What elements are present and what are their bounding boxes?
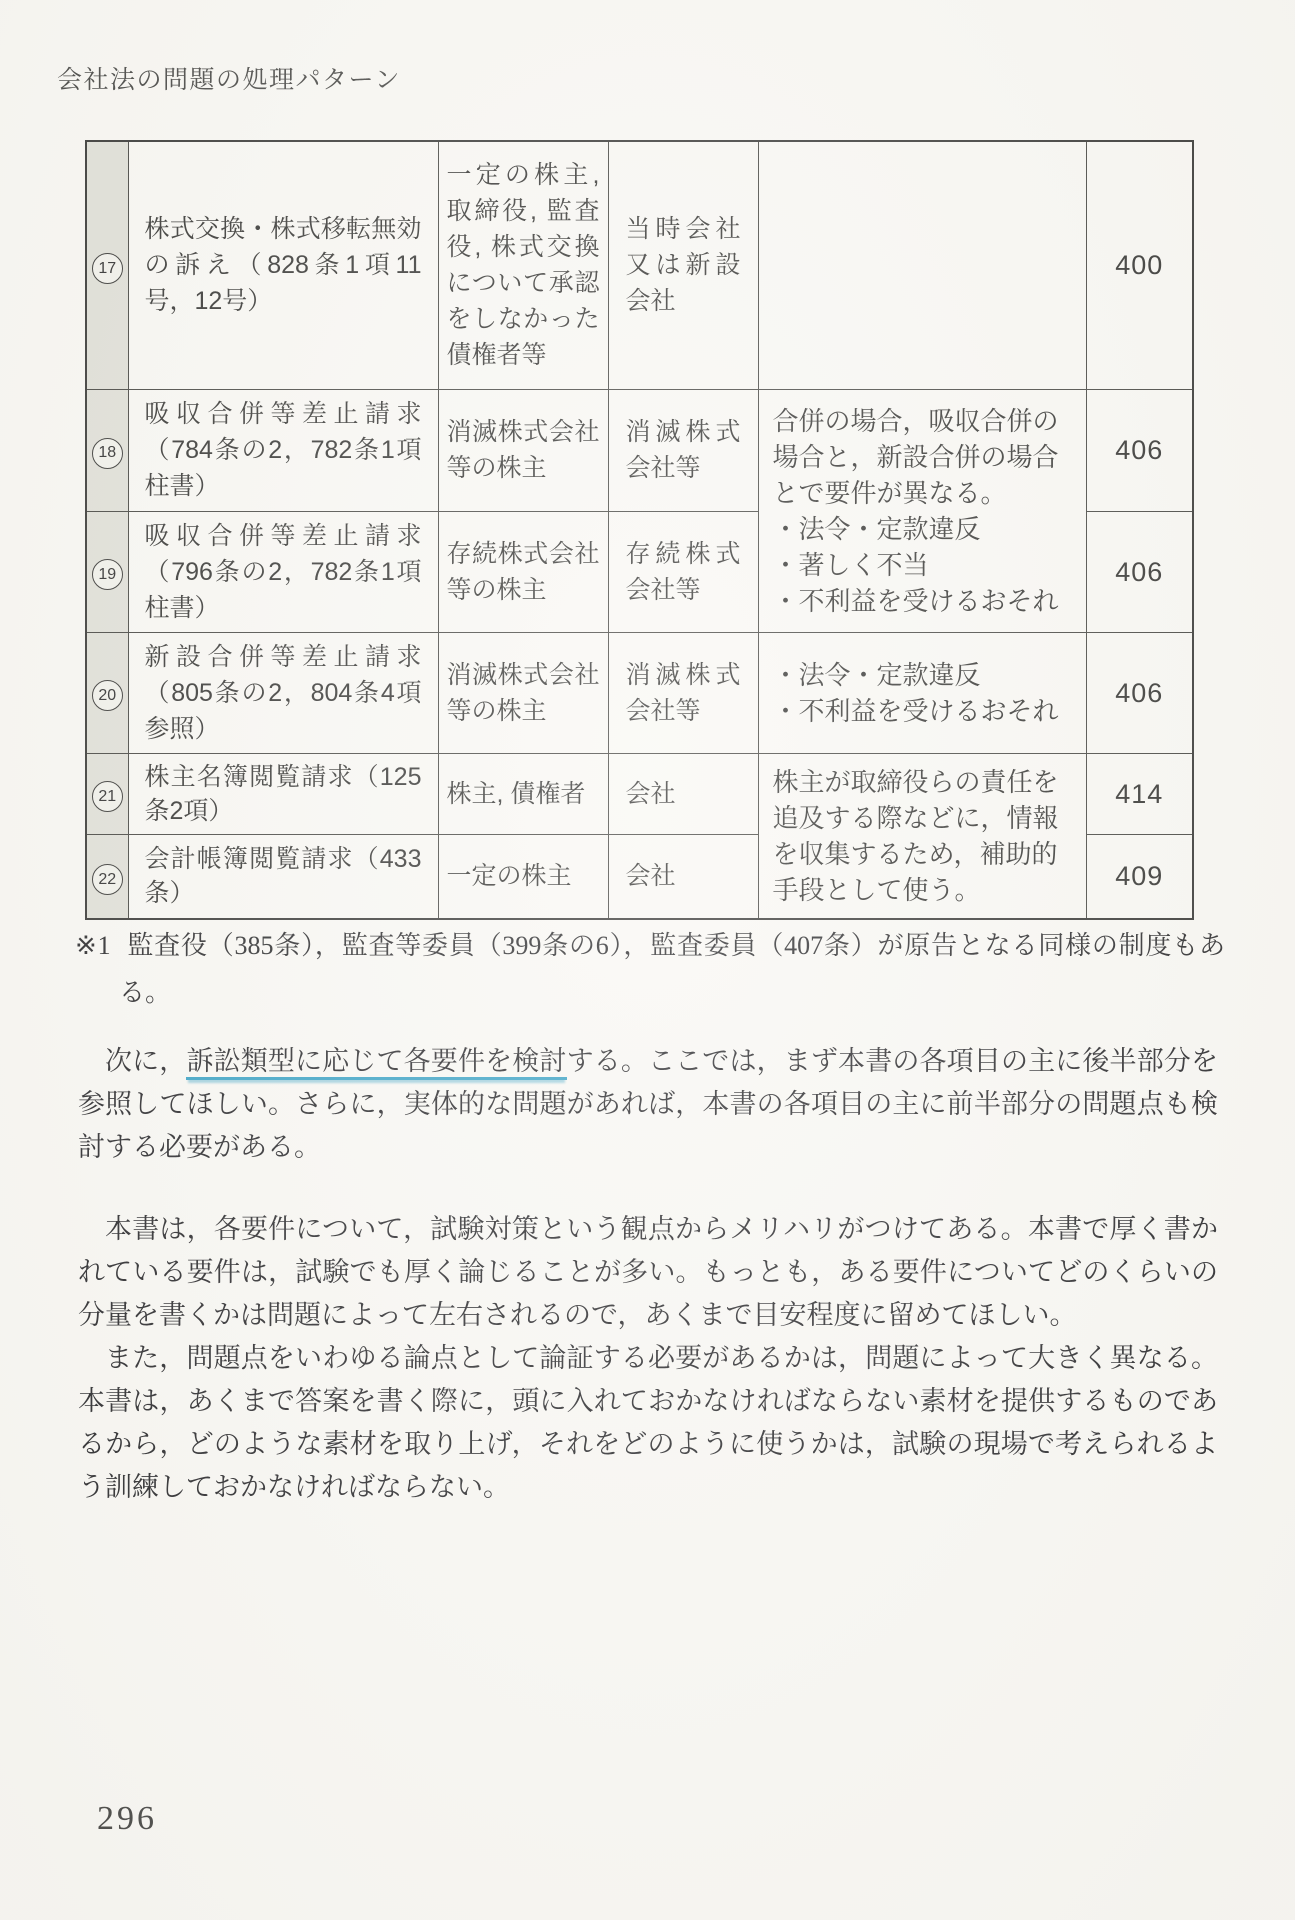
row-number-cell: 18	[86, 389, 128, 511]
footnote-marker: ※1	[75, 931, 111, 960]
table-row-21: 21 株主名簿閲覧請求（125条2項） 株主, 債権者 会社 株主が取締役らの責…	[86, 753, 1193, 834]
plaintiff-cell: 消滅株式会社等の株主	[438, 632, 608, 753]
page-ref-cell: 406	[1086, 389, 1193, 511]
plaintiff-cell: 一定の株主	[438, 834, 608, 919]
notes-cell	[758, 141, 1086, 389]
defendant-cell: 存続株式会社等	[608, 511, 758, 632]
defendant-cell: 会社	[608, 753, 758, 834]
row-number-cell: 21	[86, 753, 128, 834]
row-number-cell: 17	[86, 141, 128, 389]
body-text: 次に，訴訟類型に応じて各要件を検討する。ここでは，まず本書の各項目の主に後半部分…	[78, 1040, 1218, 1509]
circled-number: 18	[92, 438, 123, 469]
circled-number: 20	[92, 680, 123, 711]
hand-underlined-phrase: 訴訟類型に応じて各要件を検討	[186, 1046, 566, 1080]
table-row-17: 17 株式交換・株式移転無効の訴え（828条1項11号，12号） 一定の株主, …	[86, 141, 1193, 389]
table-row-20: 20 新設合併等差止請求（805条の2，804条4項参照） 消滅株式会社等の株主…	[86, 632, 1193, 753]
claims-table: 17 株式交換・株式移転無効の訴え（828条1項11号，12号） 一定の株主, …	[85, 140, 1194, 920]
page-ref-cell: 409	[1086, 834, 1193, 919]
paragraph-1-lead: 次に，	[105, 1046, 186, 1076]
running-head: 会社法の問題の処理パターン	[57, 60, 401, 96]
page-number: 296	[97, 1800, 157, 1838]
defendant-cell: 消滅株式会社等	[608, 389, 758, 511]
plaintiff-cell: 消滅株式会社等の株主	[438, 389, 608, 511]
plaintiff-cell: 一定の株主, 取締役, 監査役, 株式交換について承認をしなかった債権者等	[438, 141, 608, 389]
page-ref-cell: 400	[1086, 141, 1193, 389]
plaintiff-cell: 存続株式会社等の株主	[438, 511, 608, 632]
row-number-cell: 22	[86, 834, 128, 919]
circled-number: 17	[92, 253, 123, 284]
circled-number: 22	[92, 864, 123, 895]
circled-number: 19	[92, 559, 123, 590]
notes-cell: ・法令・定款違反 ・不利益を受けるおそれ	[758, 632, 1086, 753]
row-number-cell: 20	[86, 632, 128, 753]
paragraph-2: 本書は，各要件について，試験対策という観点からメリハリがつけてある。本書で厚く書…	[78, 1208, 1218, 1337]
defendant-cell: 当時会社又は新設会社	[608, 141, 758, 389]
page-ref-cell: 414	[1086, 753, 1193, 834]
claim-cell: 株式交換・株式移転無効の訴え（828条1項11号，12号）	[128, 141, 438, 389]
row-number-cell: 19	[86, 511, 128, 632]
notes-cell-merged-21-22: 株主が取締役らの責任を追及する際などに，情報を収集するため，補助的手段として使う…	[758, 753, 1086, 919]
circled-number: 21	[92, 781, 123, 812]
defendant-cell: 消滅株式会社等	[608, 632, 758, 753]
claim-cell: 新設合併等差止請求（805条の2，804条4項参照）	[128, 632, 438, 753]
paragraph-1: 次に，訴訟類型に応じて各要件を検討する。ここでは，まず本書の各項目の主に後半部分…	[78, 1040, 1218, 1169]
notes-cell-merged-18-19: 合併の場合，吸収合併の場合と，新設合併の場合とで要件が異なる。 ・法令・定款違反…	[758, 389, 1086, 632]
claim-cell: 株主名簿閲覧請求（125条2項）	[128, 753, 438, 834]
paragraph-3: また，問題点をいわゆる論点として論証する必要があるかは，問題によって大きく異なる…	[78, 1337, 1218, 1509]
book-page: 会社法の問題の処理パターン 17 株式交換・株式移転無効の訴え（828条1項11…	[0, 0, 1295, 1920]
plaintiff-cell: 株主, 債権者	[438, 753, 608, 834]
table-row-18: 18 吸収合併等差止請求（784条の2，782条1項柱書） 消滅株式会社等の株主…	[86, 389, 1193, 511]
page-ref-cell: 406	[1086, 511, 1193, 632]
claim-cell: 吸収合併等差止請求（796条の2，782条1項柱書）	[128, 511, 438, 632]
claim-cell: 吸収合併等差止請求（784条の2，782条1項柱書）	[128, 389, 438, 511]
page-ref-cell: 406	[1086, 632, 1193, 753]
claim-cell: 会計帳簿閲覧請求（433条）	[128, 834, 438, 919]
footnote: ※1監査役（385条），監査等委員（399条の6），監査委員（407条）が原告と…	[75, 922, 1225, 1016]
defendant-cell: 会社	[608, 834, 758, 919]
footnote-text: 監査役（385条），監査等委員（399条の6），監査委員（407条）が原告となる…	[119, 931, 1225, 1007]
